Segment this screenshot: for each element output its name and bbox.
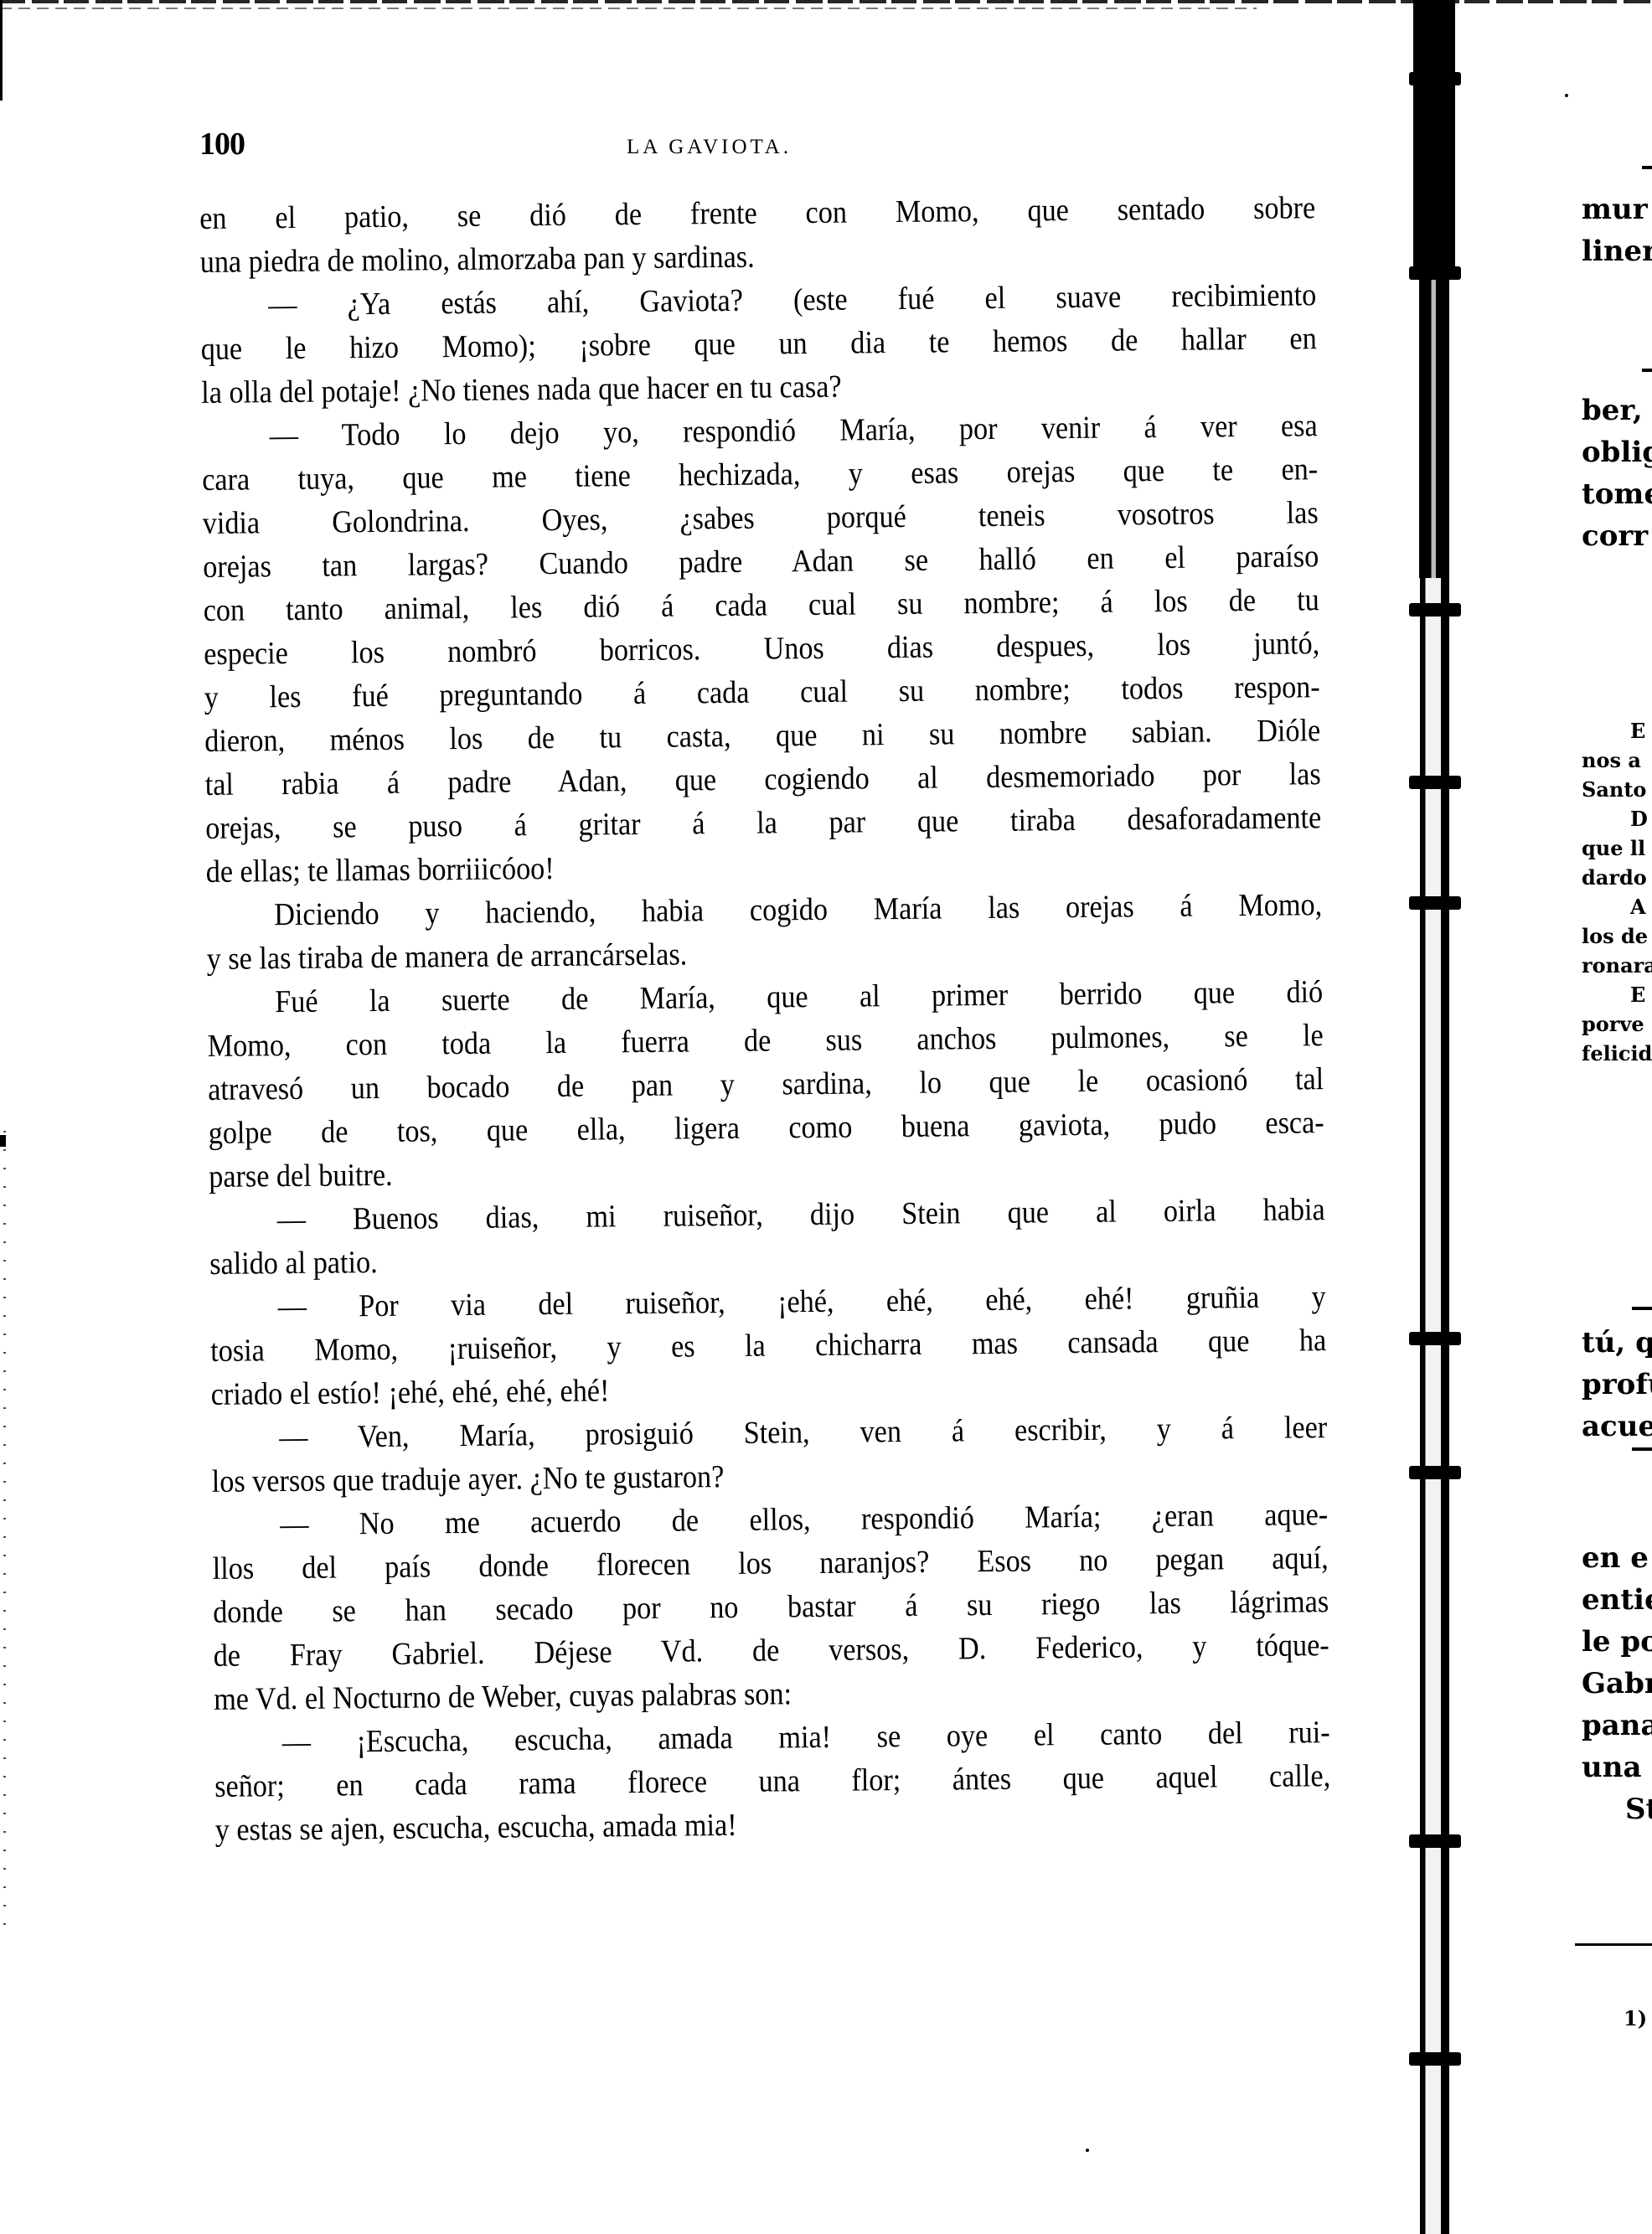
facing-text-fragment: 1) — [1624, 2006, 1647, 2030]
binding-band — [1409, 1466, 1461, 1479]
facing-text-fragment: E — [1630, 719, 1645, 743]
facing-text-fragment: los de — [1582, 924, 1648, 948]
facing-text-fragment: ber, — [1582, 394, 1643, 427]
facing-page-fragment: murlinerber,obligtomecorrEnos aSantoDque… — [1575, 0, 1652, 2234]
scan-left-specks — [3, 1131, 6, 1927]
scan-speck — [1565, 94, 1568, 97]
facing-text-fragment: D — [1630, 807, 1648, 831]
binding-shadow-top — [1413, 0, 1455, 276]
binding-band — [1409, 266, 1461, 280]
scan-top-edge-line — [0, 8, 1257, 9]
facing-text-fragment: pana — [1582, 1709, 1652, 1742]
scan-speck — [1086, 2149, 1089, 2152]
facing-text-fragment: liner — [1582, 235, 1652, 268]
footnote-rule — [1575, 1943, 1652, 1946]
running-head: 100 LA GAVIOTA. — [199, 117, 1322, 168]
facing-text-fragment: nos a — [1582, 748, 1641, 772]
facing-text-fragment: A — [1630, 895, 1646, 919]
body-text: en el patio, se dió de frente con Momo, … — [199, 186, 1338, 1852]
facing-text-fragment: que ll — [1582, 836, 1645, 860]
scan-top-edge — [0, 0, 1652, 3]
facing-dash — [1632, 1307, 1652, 1310]
facing-text-fragment: una — [1582, 1751, 1641, 1784]
facing-dash — [1642, 369, 1652, 372]
facing-text-fragment: ronara — [1582, 953, 1652, 978]
binding-shadow-mid — [1419, 276, 1449, 578]
binding-band — [1409, 603, 1461, 617]
facing-dash — [1642, 166, 1652, 169]
binding-band — [1409, 1834, 1461, 1848]
facing-text-fragment: Santo — [1582, 777, 1646, 802]
facing-text-fragment: le po — [1582, 1625, 1652, 1659]
facing-text-fragment: Gabr — [1582, 1667, 1652, 1700]
facing-text-fragment: felicid — [1582, 1041, 1652, 1065]
facing-text-fragment: tú, q — [1582, 1326, 1652, 1359]
binding-band — [1409, 72, 1461, 85]
book-page: 100 LA GAVIOTA. en el patio, se dió de f… — [199, 117, 1322, 168]
facing-text-fragment: St — [1625, 1793, 1652, 1826]
binding-band — [1409, 776, 1461, 789]
page-number: 100 — [199, 126, 245, 163]
facing-text-fragment: porve — [1582, 1012, 1644, 1036]
facing-text-fragment: mur — [1582, 193, 1648, 226]
facing-dash — [1632, 1447, 1652, 1451]
book-binding — [1409, 0, 1459, 2234]
facing-text-fragment: corr — [1582, 519, 1648, 553]
facing-text-fragment: oblig — [1582, 436, 1652, 469]
binding-band — [1409, 1332, 1461, 1345]
facing-text-fragment: entie — [1582, 1583, 1652, 1617]
binding-band — [1409, 2052, 1461, 2066]
facing-text-fragment: acue — [1582, 1410, 1652, 1443]
facing-text-fragment: E — [1630, 983, 1645, 1007]
scan-left-edge — [0, 0, 3, 101]
running-title: LA GAVIOTA. — [627, 136, 792, 159]
facing-text-fragment: en e — [1582, 1541, 1649, 1575]
facing-text-fragment: profu — [1582, 1368, 1652, 1401]
facing-text-fragment: dardo — [1582, 865, 1647, 890]
facing-text-fragment: tome — [1582, 477, 1652, 511]
binding-band — [1409, 896, 1461, 910]
